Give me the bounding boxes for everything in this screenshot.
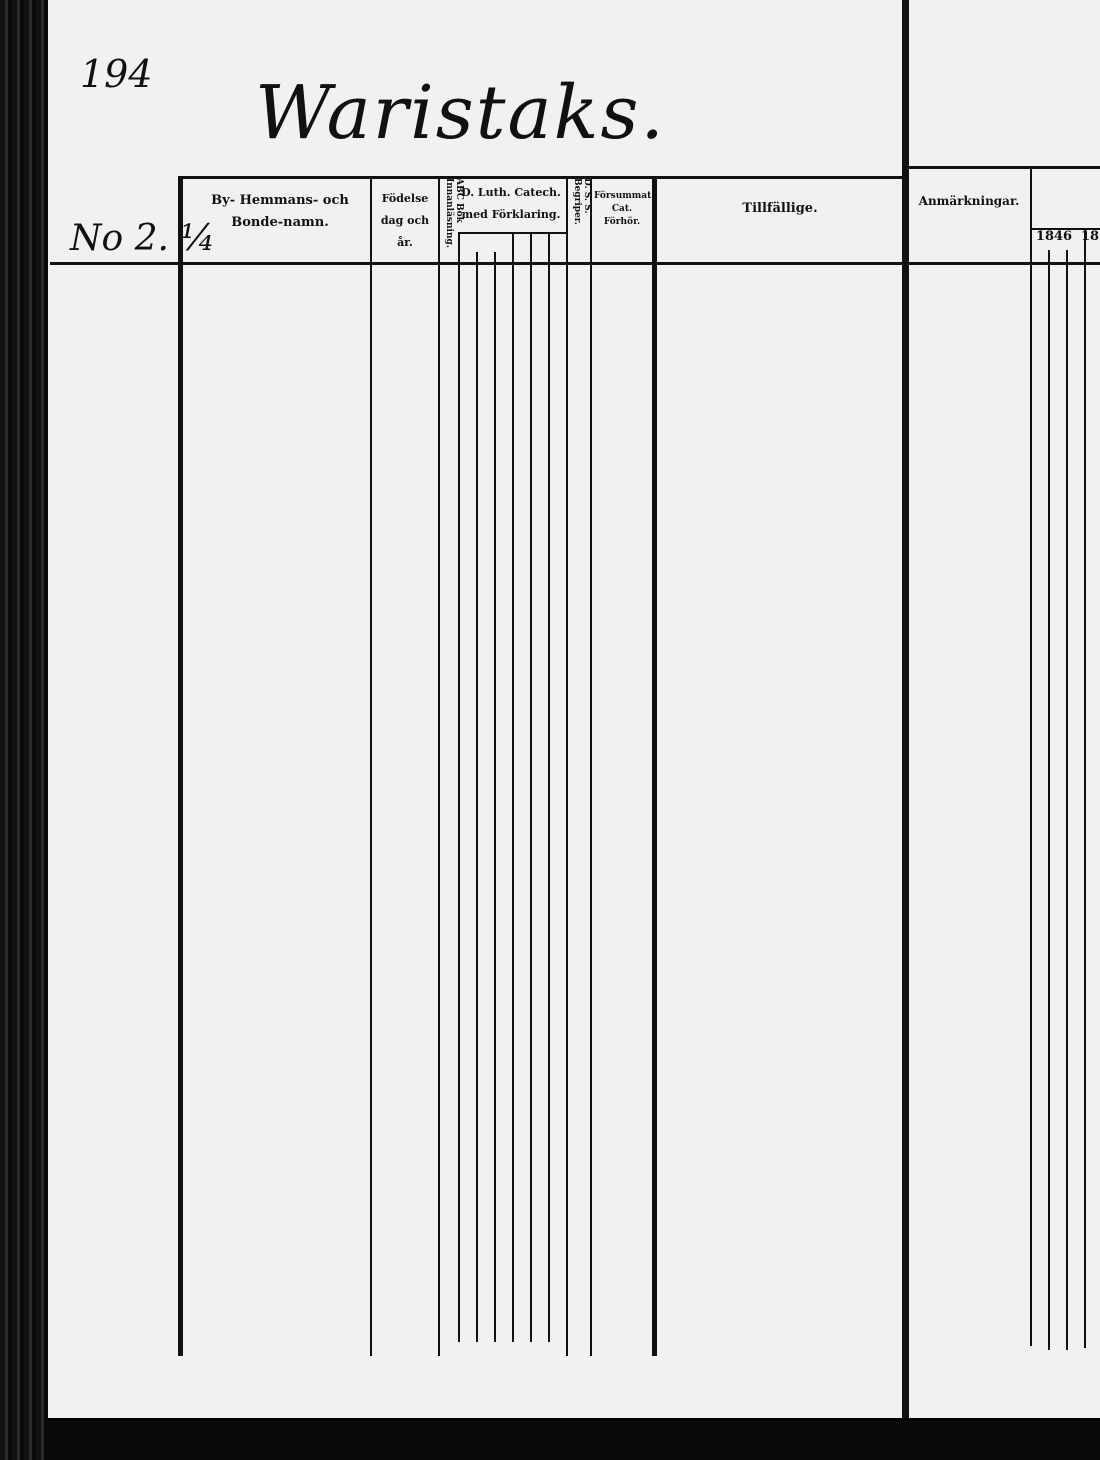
header-anmarkningar: Anmärkningar. [910,190,1028,212]
header-catechism: D. Luth. Catech. med Förklaring. [455,182,567,226]
header-forsummat: Försummat Cat. Förhör. [594,190,650,229]
header-birth: Födelse dag och år. [372,188,438,254]
page-number: 194 [80,52,153,96]
header-tillfallige: Tillfällige. [660,198,900,220]
header-ds: D. S. S. Begriper. [572,178,592,258]
page-fold [902,0,909,1418]
header-name: By- Hemmans- och Bonde-namn. [190,190,370,234]
village-title: Waristaks. [255,70,666,156]
book-spine [0,0,48,1460]
year-col-1846: 1846 [1034,226,1074,248]
year-col-next: 18 [1080,226,1100,248]
